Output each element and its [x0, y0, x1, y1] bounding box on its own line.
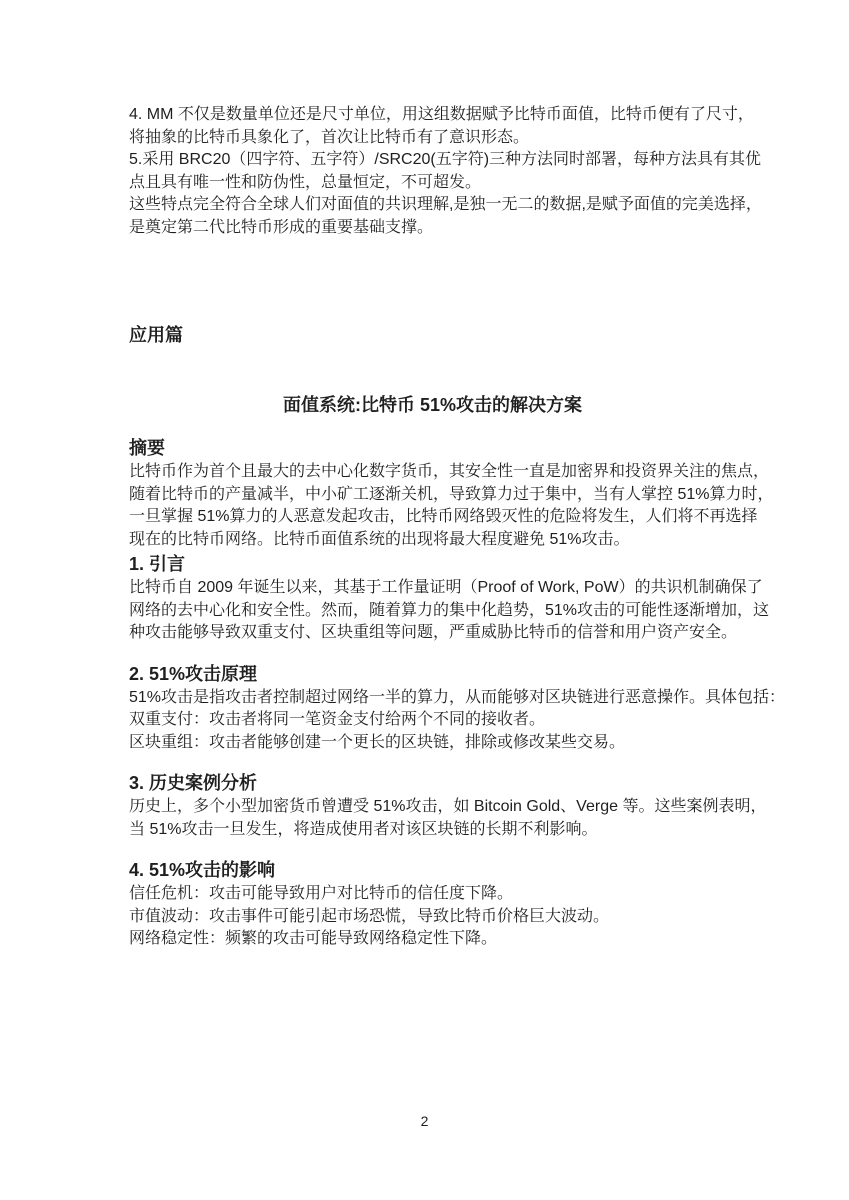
- section-heading: 4. 51%攻击的影响: [129, 857, 736, 883]
- section-line: 随着比特币的产量减半，中小矿工逐渐关机，导致算力过于集中，当有人掌控 51%算力…: [129, 484, 736, 507]
- section-0: 摘要比特币作为首个且最大的去中心化数字货币，其安全性一直是加密界和投资界关注的焦…: [129, 435, 736, 551]
- section-4: 4. 51%攻击的影响信任危机：攻击可能导致用户对比特币的信任度下降。市值波动：…: [129, 857, 736, 951]
- section-line: 网络稳定性：频繁的攻击可能导致网络稳定性下降。: [129, 928, 736, 951]
- part-label: 应用篇: [129, 322, 736, 348]
- section-line: 历史上，多个小型加密货币曾遭受 51%攻击，如 Bitcoin Gold、Ver…: [129, 796, 736, 819]
- section-line: 比特币作为首个且最大的去中心化数字货币，其安全性一直是加密界和投资界关注的焦点，: [129, 461, 736, 484]
- page-number: 2: [0, 1112, 849, 1130]
- section-line: 种攻击能够导致双重支付、区块重组等问题，严重威胁比特币的信誉和用户资产安全。: [129, 622, 736, 645]
- section-line: 信任危机：攻击可能导致用户对比特币的信任度下降。: [129, 883, 736, 906]
- paragraph-line: 4. MM 不仅是数量单位还是尺寸单位，用这组数据赋予比特币面值，比特币便有了尺…: [129, 104, 736, 127]
- section-heading: 3. 历史案例分析: [129, 770, 736, 796]
- section-line: 51%攻击是指攻击者控制超过网络一半的算力，从而能够对区块链进行恶意操作。具体包…: [129, 687, 736, 710]
- section-2: 2. 51%攻击原理51%攻击是指攻击者控制超过网络一半的算力，从而能够对区块链…: [129, 661, 736, 755]
- paragraph-line: 点且具有唯一性和防伪性，总量恒定，不可超发。: [129, 172, 736, 195]
- section-line: 市值波动：攻击事件可能引起市场恐慌，导致比特币价格巨大波动。: [129, 906, 736, 929]
- section-heading: 1. 引言: [129, 551, 736, 577]
- top-paragraph: 4. MM 不仅是数量单位还是尺寸单位，用这组数据赋予比特币面值，比特币便有了尺…: [129, 104, 736, 239]
- section-heading: 2. 51%攻击原理: [129, 661, 736, 687]
- section-line: 当 51%攻击一旦发生，将造成使用者对该区块链的长期不利影响。: [129, 819, 736, 842]
- section-line: 网络的去中心化和安全性。然而，随着算力的集中化趋势，51%攻击的可能性逐渐增加，…: [129, 600, 736, 623]
- section-heading: 摘要: [129, 435, 736, 461]
- paragraph-line: 这些特点完全符合全球人们对面值的共识理解,是独一无二的数据,是赋予面值的完美选择…: [129, 194, 736, 217]
- paragraph-line: 是奠定第二代比特币形成的重要基础支撑。: [129, 217, 736, 240]
- paragraph-line: 将抽象的比特币具象化了，首次让比特币有了意识形态。: [129, 127, 736, 150]
- document-content: 4. MM 不仅是数量单位还是尺寸单位，用这组数据赋予比特币面值，比特币便有了尺…: [129, 104, 736, 951]
- paragraph-line: 5.采用 BRC20（四字符、五字符）/SRC20(五字符)三种方法同时部署，每…: [129, 149, 736, 172]
- section-3: 3. 历史案例分析历史上，多个小型加密货币曾遭受 51%攻击，如 Bitcoin…: [129, 770, 736, 841]
- section-line: 比特币自 2009 年诞生以来，其基于工作量证明（Proof of Work, …: [129, 577, 736, 600]
- section-line: 现在的比特币网络。比特币面值系统的出现将最大程度避免 51%攻击。: [129, 529, 736, 552]
- sections: 摘要比特币作为首个且最大的去中心化数字货币，其安全性一直是加密界和投资界关注的焦…: [129, 435, 736, 951]
- section-line: 双重支付：攻击者将同一笔资金支付给两个不同的接收者。: [129, 709, 736, 732]
- document-title: 面值系统:比特币 51%攻击的解决方案: [129, 392, 736, 418]
- section-line: 一旦掌握 51%算力的人恶意发起攻击，比特币网络毁灭性的危险将发生，人们将不再选…: [129, 506, 736, 529]
- section-1: 1. 引言比特币自 2009 年诞生以来，其基于工作量证明（Proof of W…: [129, 551, 736, 645]
- document-page: 4. MM 不仅是数量单位还是尺寸单位，用这组数据赋予比特币面值，比特币便有了尺…: [0, 0, 849, 1200]
- section-line: 区块重组：攻击者能够创建一个更长的区块链，排除或修改某些交易。: [129, 732, 736, 755]
